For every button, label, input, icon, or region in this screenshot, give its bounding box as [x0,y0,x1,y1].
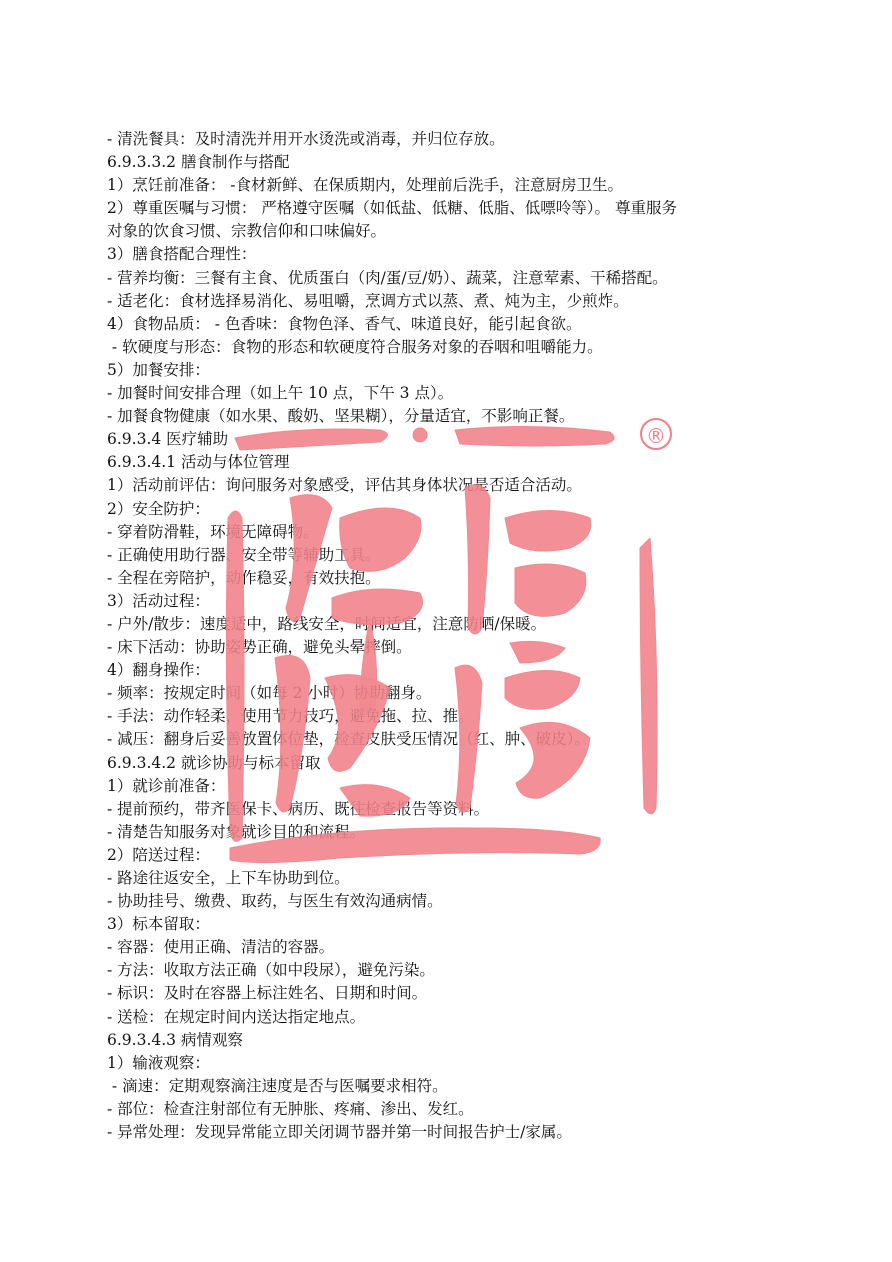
text-line: - 正确使用助行器、安全带等辅助工具。 [107,544,797,567]
document-body: - 清洗餐具：及时清洗并用开水烫洗或消毒，并归位存放。 6.9.3.3.2 膳食… [107,128,797,1144]
text-line: 3）膳食搭配合理性： [107,243,797,266]
text-line: 5）加餐安排： [107,359,797,382]
text-line: - 协助挂号、缴费、取药，与医生有效沟通病情。 [107,890,797,913]
text-line: - 频率：按规定时间（如每 2 小时）协助翻身。 [107,682,797,705]
text-line: 1）烹饪前准备： -食材新鲜、在保质期内，处理前后洗手，注意厨房卫生。 [107,174,797,197]
text-line: 1）活动前评估：询问服务对象感受，评估其身体状况是否适合活动。 [107,474,797,497]
text-line: - 清洗餐具：及时清洗并用开水烫洗或消毒，并归位存放。 [107,128,797,151]
text-line: - 容器：使用正确、清洁的容器。 [107,936,797,959]
section-heading: 6.9.3.4 医疗辅助 [107,428,797,451]
text-line: 2）陪送过程： [107,844,797,867]
text-line: 3）活动过程： [107,590,797,613]
text-line: - 滴速：定期观察滴注速度是否与医嘱要求相符。 [107,1075,797,1098]
text-line: - 部位：检查注射部位有无肿胀、疼痛、渗出、发红。 [107,1098,797,1121]
text-line: - 送检：在规定时间内送达指定地点。 [107,1006,797,1029]
text-line: - 方法：收取方法正确（如中段尿），避免污染。 [107,959,797,982]
section-heading: 6.9.3.4.3 病情观察 [107,1029,797,1052]
text-line: - 手法：动作轻柔，使用节力技巧，避免拖、拉、推。 [107,705,797,728]
text-line: - 营养均衡：三餐有主食、优质蛋白（肉/蛋/豆/奶）、蔬菜，注意荤素、干稀搭配。 [107,267,797,290]
text-line: 3）标本留取： [107,913,797,936]
text-line: - 床下活动：协助姿势正确，避免头晕摔倒。 [107,636,797,659]
text-line: - 加餐时间安排合理（如上午 10 点，下午 3 点）。 [107,382,797,405]
text-line: 对象的饮食习惯、宗教信仰和口味偏好。 [107,220,797,243]
document-page: - 清洗餐具：及时清洗并用开水烫洗或消毒，并归位存放。 6.9.3.3.2 膳食… [0,0,892,1262]
text-line: 2）安全防护： [107,498,797,521]
text-line: - 户外/散步：速度适中，路线安全，时间适宜，注意防晒/保暖。 [107,613,797,636]
text-line: - 软硬度与形态：食物的形态和软硬度符合服务对象的吞咽和咀嚼能力。 [107,336,797,359]
text-line: - 异常处理：发现异常能立即关闭调节器并第一时间报告护士/家属。 [107,1121,797,1144]
text-line: - 提前预约，带齐医保卡、病历、既往检查报告等资料。 [107,798,797,821]
text-line: 4）食物品质： - 色香味：食物色泽、香气、味道良好，能引起食欲。 [107,313,797,336]
text-line: 4）翻身操作： [107,659,797,682]
text-line: - 路途往返安全，上下车协助到位。 [107,867,797,890]
text-line: - 全程在旁陪护，动作稳妥，有效扶抱。 [107,567,797,590]
text-line: 1）就诊前准备： [107,775,797,798]
text-line: - 穿着防滑鞋，环境无障碍物。 [107,521,797,544]
section-heading: 6.9.3.4.2 就诊协助与标本留取 [107,752,797,775]
text-line: - 适老化：食材选择易消化、易咀嚼，烹调方式以蒸、煮、炖为主，少煎炸。 [107,290,797,313]
section-heading: 6.9.3.3.2 膳食制作与搭配 [107,151,797,174]
text-line: - 减压：翻身后妥善放置体位垫，检查皮肤受压情况（红、肿、破皮）。 [107,728,797,751]
text-line: - 加餐食物健康（如水果、酸奶、坚果糊），分量适宜，不影响正餐。 [107,405,797,428]
text-line: 2）尊重医嘱与习惯： 严格遵守医嘱（如低盐、低糖、低脂、低嘌呤等）。 尊重服务 [107,197,797,220]
text-line: - 清楚告知服务对象就诊目的和流程。 [107,821,797,844]
registered-trademark-icon: ® [640,418,672,450]
text-line: 1）输液观察： [107,1052,797,1075]
section-heading: 6.9.3.4.1 活动与体位管理 [107,451,797,474]
text-line: - 标识：及时在容器上标注姓名、日期和时间。 [107,982,797,1005]
